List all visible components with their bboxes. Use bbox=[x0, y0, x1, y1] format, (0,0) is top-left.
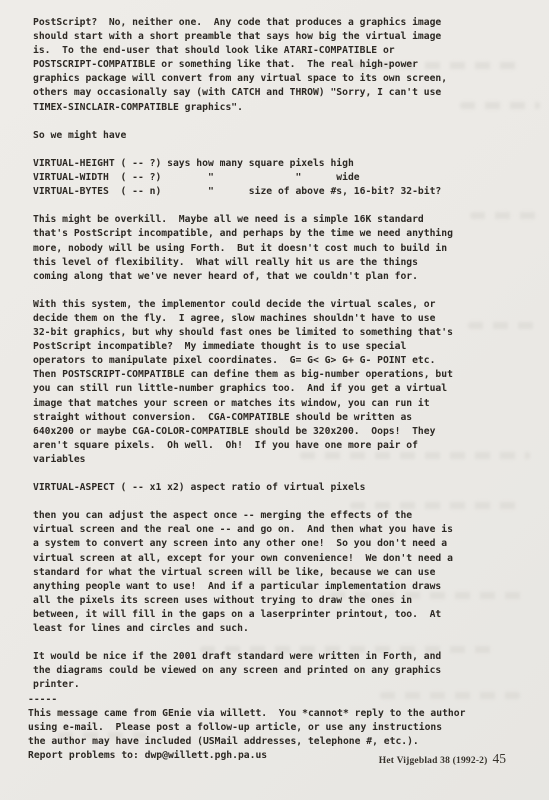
paragraph-overkill: This might be overkill. Maybe all we nee… bbox=[33, 213, 523, 283]
journal-title: Het Vijgeblad 38 (1992-2) bbox=[379, 756, 488, 766]
paragraph-with-this-system: With this system, the implementor could … bbox=[33, 298, 523, 467]
page-number: 45 bbox=[493, 751, 507, 766]
document-page: PostScript? No, neither one. Any code th… bbox=[0, 0, 549, 800]
body-text-column: PostScript? No, neither one. Any code th… bbox=[33, 16, 523, 777]
paragraph-postscript-intro: PostScript? No, neither one. Any code th… bbox=[33, 16, 523, 115]
paragraph-adjust-aspect: then you can adjust the aspect once -- m… bbox=[33, 509, 523, 636]
code-virtual-dimensions: VIRTUAL-HEIGHT ( -- ?) says how many squ… bbox=[33, 157, 523, 199]
line-so-we-might-have: So we might have bbox=[33, 129, 523, 143]
paragraph-2001-draft: It would be nice if the 2001 draft stand… bbox=[33, 650, 523, 692]
code-virtual-aspect: VIRTUAL-ASPECT ( -- x1 x2) aspect ratio … bbox=[33, 481, 523, 495]
page-footer: Het Vijgeblad 38 (1992-2)45 bbox=[379, 750, 506, 768]
